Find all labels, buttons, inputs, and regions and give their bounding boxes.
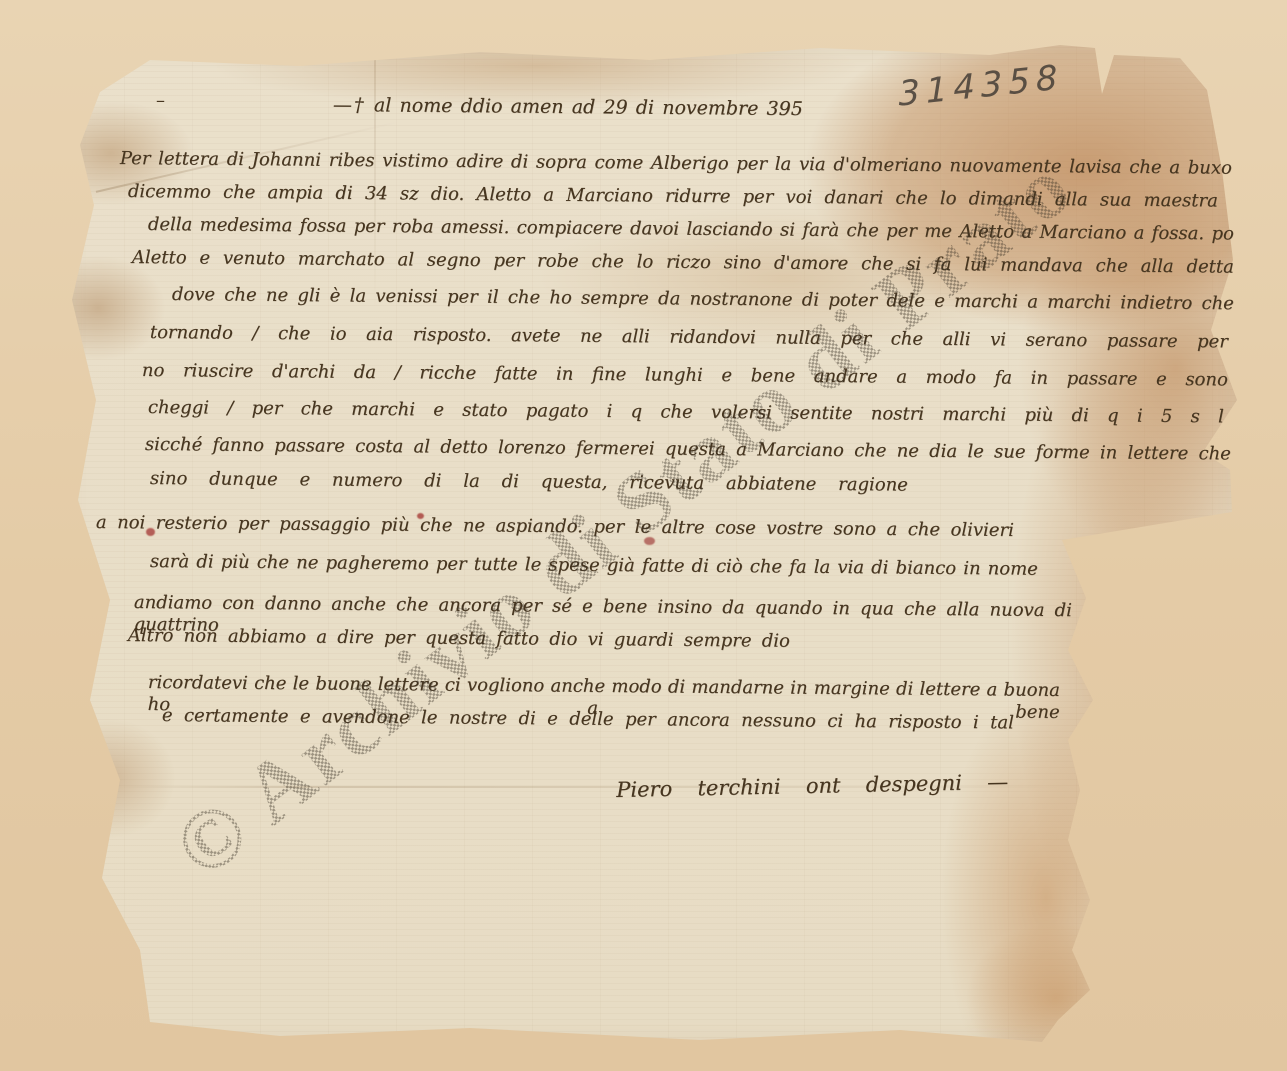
scan-page: – —† al nome ddio amen ad 29 di novembre… — [0, 0, 1287, 1071]
handwriting-line: sicché fanno passare costa al detto lore… — [145, 434, 1231, 465]
archive-number: 314358 — [898, 57, 1064, 114]
handwriting-line: tornando / che io aia risposto. avete ne… — [150, 322, 1228, 353]
handwriting-line: cheggi / per che marchi e stato pagato i… — [148, 397, 1224, 428]
handwriting-line: della medesima fossa per roba amessi. co… — [148, 214, 1234, 245]
stray-pen-mark: – — [156, 90, 165, 111]
handwriting-line: no riuscire d'archi da / ricche fatte in… — [142, 360, 1228, 391]
handwriting-line: Altro non abbiamo a dire per questa fatt… — [128, 625, 790, 652]
handwriting-line: dicemmo che ampia di 34 sz dio. Aletto a… — [128, 181, 1218, 212]
handwriting-line: Aletto e venuto marchato al segno per ro… — [132, 247, 1234, 278]
handwriting-line: a noi resterio per passaggio più che ne … — [96, 512, 1014, 542]
handwriting-line: dove che ne gli è la venissi per il che … — [172, 284, 1234, 315]
letter-text-layer: – —† al nome ddio amen ad 29 di novembre… — [0, 0, 1287, 1071]
handwriting-line: Per lettera di Johanni ribes vistimo adi… — [120, 148, 1232, 179]
handwriting-line: sarà di più che ne pagheremo per tutte l… — [150, 551, 1038, 580]
letter-dateline: —† al nome ddio amen ad 29 di novembre 3… — [333, 94, 803, 121]
handwriting-line: sino dunque e numero di la di questa, ri… — [150, 468, 908, 496]
signature-line: Piero terchini ont despegni — — [616, 770, 1008, 803]
